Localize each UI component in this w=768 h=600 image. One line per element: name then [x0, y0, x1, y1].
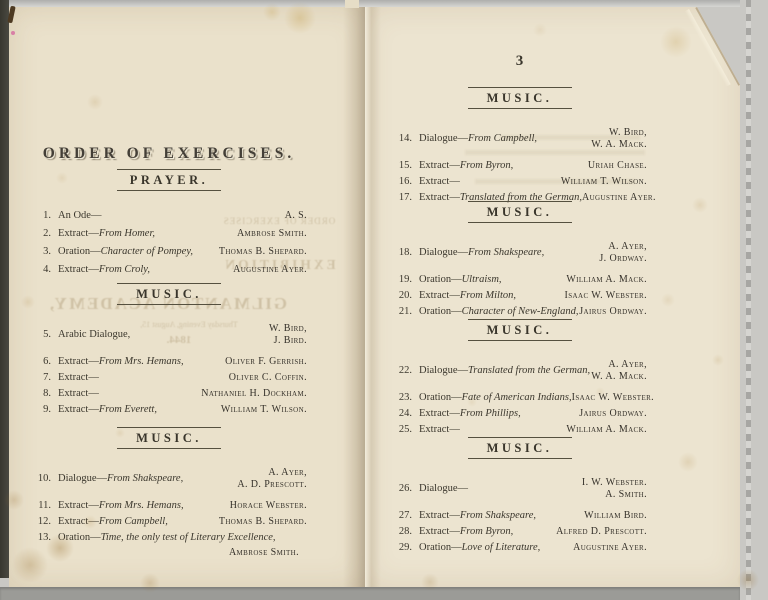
section-heading-block: MUSIC. — [468, 437, 572, 459]
item-label: Dialogue— — [419, 247, 468, 258]
item-text: 11.Extract—From Mrs. Hemans, — [31, 499, 184, 513]
item-performers: Horace Webster. — [230, 500, 307, 512]
section-heading-block: MUSIC. — [468, 201, 572, 223]
item-title-italic: From Byron, — [460, 160, 513, 171]
item-text: 10.Dialogue—From Shakspeare, — [31, 472, 183, 486]
items-list: 5.Arabic Dialogue, W. Bird, J. Bird. 6.E… — [31, 323, 307, 417]
items-list: 18.Dialogue—From Shakspeare, A. Ayer, J.… — [392, 241, 647, 319]
item-number: 1. — [31, 209, 51, 223]
rule-bottom — [117, 190, 221, 191]
item-performers: Jairus Ordway. — [579, 306, 647, 318]
item-title-italic: From Milton, — [460, 290, 516, 301]
item-label: Extract— — [58, 356, 99, 367]
item-performers: Oliver C. Coffin. — [229, 372, 307, 384]
section-heading-block: MUSIC. — [468, 319, 572, 341]
item-title-italic: From Everett, — [99, 404, 157, 415]
item-title-italic: From Mrs. Hemans, — [99, 356, 184, 367]
rule-bottom — [468, 108, 572, 109]
item-performers: Augustine Ayer. — [573, 542, 647, 554]
item-label: Oration— — [419, 306, 462, 317]
item-label: Dialogue— — [419, 133, 468, 144]
item-number: 16. — [392, 175, 412, 189]
item-number: 15. — [392, 159, 412, 173]
item-text: 5.Arabic Dialogue, — [31, 328, 130, 342]
scanner-bed-top-band — [9, 0, 740, 7]
item-label: Dialogue— — [419, 365, 468, 376]
program-item: 25.Extract— William A. Mack. — [392, 423, 647, 437]
program-item: 23.Oration—Fate of American Indians, Isa… — [392, 391, 647, 405]
item-number: 24. — [392, 407, 412, 421]
item-text: 12.Extract—From Campbell, — [31, 515, 168, 529]
scanner-bed-right-band — [740, 0, 768, 600]
item-text: 25.Extract— — [392, 423, 460, 437]
item-performers: William Bird. — [584, 510, 647, 522]
item-label: Extract— — [419, 408, 460, 419]
item-text: 4.Extract—From Croly, — [31, 263, 150, 277]
item-title-italic: From Shakspeare, — [460, 510, 536, 521]
program-item: 11.Extract—From Mrs. Hemans, Horace Webs… — [31, 499, 307, 513]
program-item: 9.Extract—From Everett, William T. Wilso… — [31, 403, 307, 417]
item-text: 20.Extract—From Milton, — [392, 289, 516, 303]
item-number: 13. — [31, 531, 51, 545]
program-item: 22.Dialogue—Translated from the German, … — [392, 359, 647, 383]
section-heading-block: MUSIC. — [468, 87, 572, 109]
item-label: Oration— — [419, 392, 462, 403]
item-text: 9.Extract—From Everett, — [31, 403, 157, 417]
item-text: 2.Extract—From Homer, — [31, 227, 155, 241]
item-label: Dialogue— — [58, 473, 107, 484]
item-number: 22. — [392, 364, 412, 378]
item-number: 2. — [31, 227, 51, 241]
item-number: 26. — [392, 482, 412, 496]
rule-bottom — [468, 222, 572, 223]
item-text: 18.Dialogue—From Shakspeare, — [392, 246, 544, 260]
order-of-exercises-header: ORDER OF EXERCISES. — [31, 145, 307, 163]
item-label: Extract— — [58, 228, 99, 239]
item-performers: Isaac W. Webster. — [572, 392, 654, 404]
program-item: 10.Dialogue—From Shakspeare, A. Ayer, A.… — [31, 467, 307, 491]
items-list: 22.Dialogue—Translated from the German, … — [392, 359, 647, 437]
rule-bottom — [117, 448, 221, 449]
item-performers: Isaac W. Webster. — [565, 290, 647, 302]
item-text: 28.Extract—From Byron, — [392, 525, 513, 539]
item-label: Extract— — [419, 510, 460, 521]
program-item: 15.Extract—From Byron, Uriah Chase. — [392, 159, 647, 173]
section-music-5: MUSIC. 22.Dialogue—Translated from the G… — [392, 319, 647, 439]
item-text: 8.Extract— — [31, 387, 99, 401]
item-performers: Alfred D. Prescott. — [556, 526, 647, 538]
program-item: 5.Arabic Dialogue, W. Bird, J. Bird. — [31, 323, 307, 347]
item-number: 10. — [31, 472, 51, 486]
item-performers: A. Ayer, A. D. Prescott. — [237, 467, 307, 491]
item-title-italic: From Mrs. Hemans, — [99, 500, 184, 511]
item-performers: Oliver F. Gerrish. — [225, 356, 307, 368]
items-list: 14.Dialogue—From Campbell, W. Bird, W. A… — [392, 127, 647, 205]
item-label: Extract— — [58, 516, 99, 527]
pink-mark — [11, 31, 15, 35]
item-label: Extract— — [58, 404, 99, 415]
item-text: 19.Oration—Ultraism, — [392, 273, 502, 287]
item-label: Extract— — [419, 424, 460, 435]
section-music-2: MUSIC. 10.Dialogue—From Shakspeare, A. A… — [31, 427, 307, 561]
item-title-italic: Love of Literature, — [462, 542, 541, 553]
item-number: 11. — [31, 499, 51, 513]
item-number: 7. — [31, 371, 51, 385]
item-title-italic: From Campbell, — [99, 516, 168, 527]
item-label: Dialogue— — [419, 483, 468, 494]
item-performers: Thomas B. Shepard. — [219, 246, 307, 258]
item-text: 29.Oration—Love of Literature, — [392, 541, 540, 555]
program-item: 27.Extract—From Shakspeare, William Bird… — [392, 509, 647, 523]
item-text: 16.Extract— — [392, 175, 460, 189]
item-label: Oration— — [58, 246, 101, 257]
item-title-italic: Character of New-England, — [462, 306, 579, 317]
item-number: 3. — [31, 245, 51, 259]
program-item: 6.Extract—From Mrs. Hemans, Oliver F. Ge… — [31, 355, 307, 369]
section-title: MUSIC. — [468, 320, 572, 340]
item-text: 23.Oration—Fate of American Indians, — [392, 391, 572, 405]
program-page-right: 3 MUSIC. 14.Dialogue—From Campbell, W. B… — [365, 7, 740, 587]
items-list: 26.Dialogue— I. W. Webster. A. Smith. 27… — [392, 477, 647, 555]
item-number: 25. — [392, 423, 412, 437]
program-item: 4.Extract—From Croly, Augustine Ayer. — [31, 263, 307, 277]
item-performers: Thomas B. Shepard. — [219, 516, 307, 528]
item-text: 3.Oration—Character of Pompey, — [31, 245, 193, 259]
program-item: 20.Extract—From Milton, Isaac W. Webster… — [392, 289, 647, 303]
section-music-6: MUSIC. 26.Dialogue— I. W. Webster. A. Sm… — [392, 437, 647, 557]
section-title: MUSIC. — [117, 284, 221, 304]
item-text: 13.Oration—Time, the only test of Litera… — [31, 531, 307, 545]
item-label: Extract— — [58, 372, 99, 383]
rule-bottom — [117, 304, 221, 305]
program-item: 2.Extract—From Homer, Ambrose Smith. — [31, 227, 307, 241]
section-title: MUSIC. — [468, 202, 572, 222]
program-page-left: ORDER OF EXERCISES EXHIBITION GILMANTON … — [9, 7, 365, 587]
section-music-3: MUSIC. 14.Dialogue—From Campbell, W. Bir… — [392, 87, 647, 207]
section-heading-block: MUSIC. — [117, 283, 221, 305]
section-heading-block: PRAYER. — [117, 169, 221, 191]
item-title-italic: From Phillips, — [460, 408, 521, 419]
item-number: 18. — [392, 246, 412, 260]
program-item: 18.Dialogue—From Shakspeare, A. Ayer, J.… — [392, 241, 647, 265]
item-number: 29. — [392, 541, 412, 555]
item-text: 6.Extract—From Mrs. Hemans, — [31, 355, 184, 369]
item-performers: Nathaniel H. Dockham. — [201, 388, 307, 400]
item-performers: William T. Wilson. — [561, 176, 647, 188]
items-list: 1.An Ode— A. S. 2.Extract—From Homer, Am… — [31, 209, 307, 277]
item-title-italic: Ultraism, — [462, 274, 502, 285]
item-title-italic: From Campbell, — [468, 133, 537, 144]
program-item: 1.An Ode— A. S. — [31, 209, 307, 223]
item-title-italic: Character of Pompey, — [101, 246, 193, 257]
item-label: Oration— — [58, 532, 101, 543]
item-performers: A. Ayer, W. A. Mack. — [591, 359, 647, 383]
program-item: 16.Extract— William T. Wilson. — [392, 175, 647, 189]
item-performers: Ambrose Smith. — [31, 547, 307, 559]
item-performers: Jairus Ordway. — [579, 408, 647, 420]
section-title: MUSIC. — [468, 438, 572, 458]
section-title: MUSIC. — [468, 88, 572, 108]
section-title: MUSIC. — [117, 428, 221, 448]
program-item: 26.Dialogue— I. W. Webster. A. Smith. — [392, 477, 647, 501]
item-label: Extract— — [419, 526, 460, 537]
item-label: Extract— — [58, 500, 99, 511]
item-performers: W. Bird, J. Bird. — [269, 323, 307, 347]
item-number: 27. — [392, 509, 412, 523]
program-item: 7.Extract— Oliver C. Coffin. — [31, 371, 307, 385]
item-label: Arabic Dialogue, — [58, 329, 130, 340]
program-item: 21.Oration—Character of New-England, Jai… — [392, 305, 647, 319]
item-title-italic: Fate of American Indians, — [462, 392, 572, 403]
page-number: 3 — [392, 53, 647, 70]
items-list: 10.Dialogue—From Shakspeare, A. Ayer, A.… — [31, 467, 307, 559]
program-item: 12.Extract—From Campbell, Thomas B. Shep… — [31, 515, 307, 529]
item-label: Oration— — [419, 542, 462, 553]
item-number: 9. — [31, 403, 51, 417]
item-label: Extract— — [58, 264, 99, 275]
section-music-1: MUSIC. 5.Arabic Dialogue, W. Bird, J. Bi… — [31, 283, 307, 419]
program-item: 24.Extract—From Phillips, Jairus Ordway. — [392, 407, 647, 421]
item-number: 23. — [392, 391, 412, 405]
corner-fold-highlight — [685, 9, 731, 87]
item-title-italic: From Homer, — [99, 228, 155, 239]
rule-bottom — [468, 340, 572, 341]
item-text: 14.Dialogue—From Campbell, — [392, 132, 537, 146]
item-performers: Ambrose Smith. — [237, 228, 307, 240]
rule-bottom — [468, 458, 572, 459]
item-text: 21.Oration—Character of New-England, — [392, 305, 579, 319]
item-title-italic: From Shakspeare, — [468, 247, 544, 258]
scanned-program-spread: ORDER OF EXERCISES EXHIBITION GILMANTON … — [0, 0, 768, 600]
program-item: 29.Oration—Love of Literature, Augustine… — [392, 541, 647, 555]
program-item: 8.Extract— Nathaniel H. Dockham. — [31, 387, 307, 401]
item-number: 12. — [31, 515, 51, 529]
item-label: Extract— — [58, 388, 99, 399]
center-fold-notch — [345, 0, 359, 8]
item-performers: A. S. — [285, 210, 307, 222]
item-number: 6. — [31, 355, 51, 369]
sleeve-perforation-texture — [746, 0, 751, 600]
program-item: 13.Oration—Time, the only test of Litera… — [31, 531, 307, 559]
program-item: 3.Oration—Character of Pompey, Thomas B.… — [31, 245, 307, 259]
item-performers: William A. Mack. — [566, 274, 647, 286]
item-title-italic: Time, the only test of Literary Excellen… — [101, 532, 276, 543]
item-performers: William A. Mack. — [566, 424, 647, 436]
item-number: 5. — [31, 328, 51, 342]
item-label: An Ode— — [58, 210, 101, 221]
program-item: 19.Oration—Ultraism, William A. Mack. — [392, 273, 647, 287]
item-text: 15.Extract—From Byron, — [392, 159, 513, 173]
item-text: 22.Dialogue—Translated from the German, — [392, 364, 590, 378]
item-label: Extract— — [419, 176, 460, 187]
scanner-bed-left-band — [0, 0, 9, 578]
item-number: 28. — [392, 525, 412, 539]
item-title-italic: From Croly, — [99, 264, 150, 275]
program-item: 14.Dialogue—From Campbell, W. Bird, W. A… — [392, 127, 647, 151]
section-title: PRAYER. — [117, 170, 221, 190]
section-prayer: PRAYER. 1.An Ode— A. S. 2.Extract—From H… — [31, 169, 307, 281]
item-label: Extract— — [419, 160, 460, 171]
item-title-italic: From Shakspeare, — [107, 473, 183, 484]
item-performers: W. Bird, W. A. Mack. — [591, 127, 647, 151]
item-performers: William T. Wilson. — [221, 404, 307, 416]
item-text: 7.Extract— — [31, 371, 99, 385]
item-title-italic: From Byron, — [460, 526, 513, 537]
item-performers: Uriah Chase. — [588, 160, 647, 172]
item-performers: A. Ayer, J. Ordway. — [599, 241, 647, 265]
section-heading-block: MUSIC. — [117, 427, 221, 449]
item-text: 26.Dialogue— — [392, 482, 468, 496]
item-text: 1.An Ode— — [31, 209, 101, 223]
item-label: Oration— — [419, 274, 462, 285]
item-number: 21. — [392, 305, 412, 319]
item-title-italic: Translated from the German, — [468, 365, 590, 376]
item-text: 27.Extract—From Shakspeare, — [392, 509, 536, 523]
section-music-4: MUSIC. 18.Dialogue—From Shakspeare, A. A… — [392, 201, 647, 321]
item-text: 24.Extract—From Phillips, — [392, 407, 521, 421]
item-number: 20. — [392, 289, 412, 303]
program-item: 28.Extract—From Byron, Alfred D. Prescot… — [392, 525, 647, 539]
item-performers: I. W. Webster. A. Smith. — [582, 477, 647, 501]
item-number: 19. — [392, 273, 412, 287]
item-number: 14. — [392, 132, 412, 146]
item-number: 8. — [31, 387, 51, 401]
scanner-bed-bottom-band — [0, 587, 740, 600]
item-label: Extract— — [419, 290, 460, 301]
item-performers: Augustine Ayer. — [233, 264, 307, 276]
item-number: 4. — [31, 263, 51, 277]
corner-fold-crease — [695, 7, 740, 86]
